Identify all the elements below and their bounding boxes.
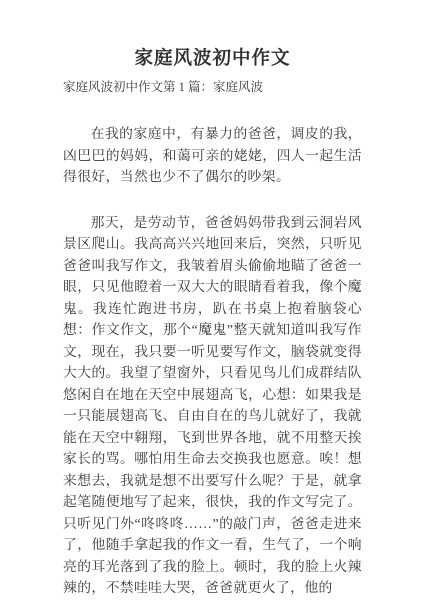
essay-paragraph-2: 那天，是劳动节，爸爸妈妈带我到云洞岩风景区爬山。我高高兴兴地回来后，突然，只听见… <box>63 212 362 599</box>
essay-title: 家庭风波初中作文 <box>63 48 362 70</box>
essay-paragraph-1: 在我的家庭中，有暴力的爸爸，调皮的我，凶巴巴的妈妈，和蔼可亲的姥姥，四人一起生活… <box>63 123 362 188</box>
essay-body: 在我的家庭中，有暴力的爸爸，调皮的我，凶巴巴的妈妈，和蔼可亲的姥姥，四人一起生活… <box>63 123 362 599</box>
document-page: 家庭风波初中作文 家庭风波初中作文第 1 篇：家庭风波 在我的家庭中，有暴力的爸… <box>0 0 424 600</box>
essay-subtitle: 家庭风波初中作文第 1 篇：家庭风波 <box>63 79 362 96</box>
